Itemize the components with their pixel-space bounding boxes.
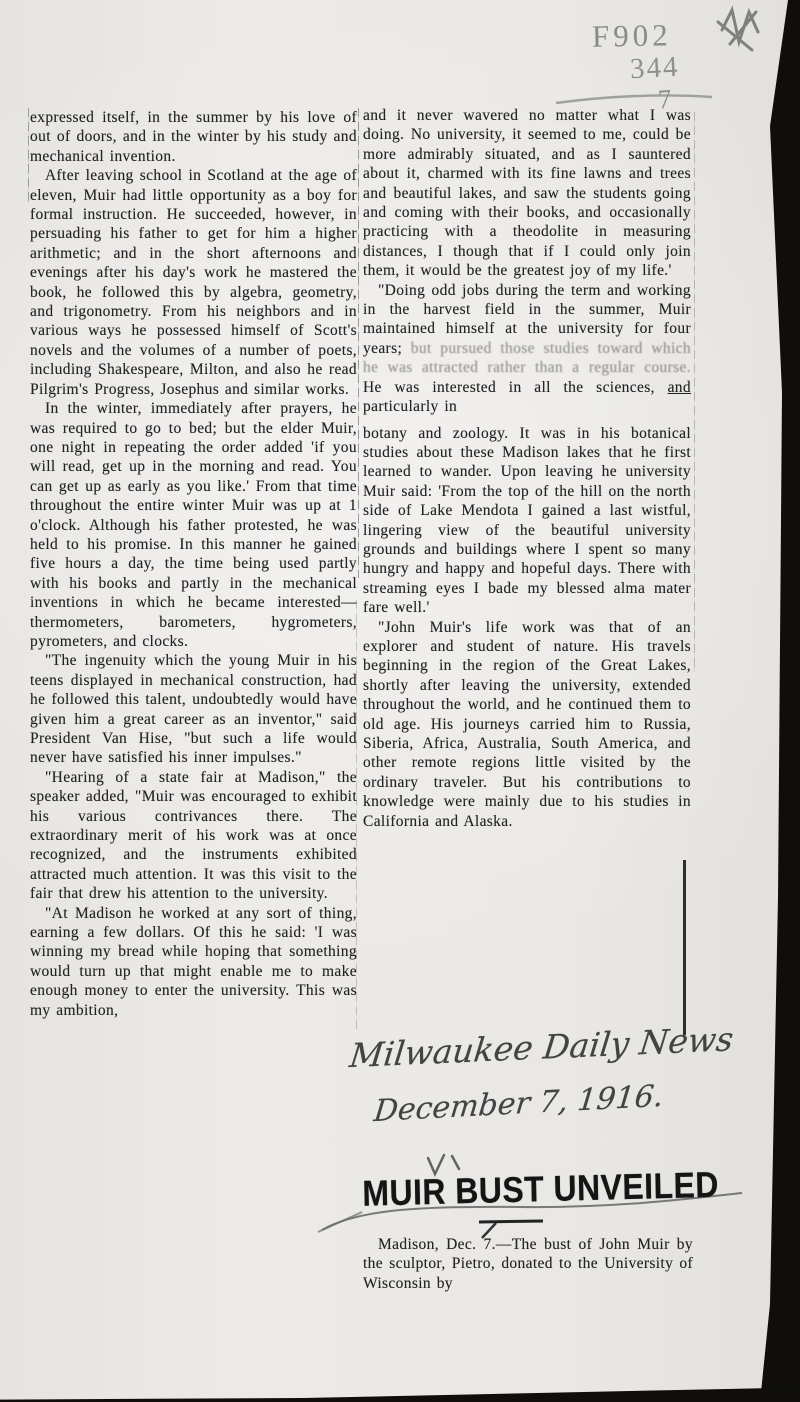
check-scribble-icon bbox=[718, 10, 758, 50]
handwritten-source-date: December 7, 1916. bbox=[372, 1079, 665, 1129]
column-divider-rule bbox=[358, 108, 359, 578]
right-edge-rule bbox=[694, 112, 695, 672]
paragraph: expressed itself, in the summer by his l… bbox=[30, 108, 357, 166]
catalog-code: F902 bbox=[592, 17, 672, 54]
paragraph: After leaving school in Scotland at the … bbox=[30, 166, 357, 399]
paragraph: "John Muir's life work was that of an ex… bbox=[363, 618, 691, 831]
pencil-slash-stroke bbox=[318, 1212, 362, 1232]
second-article-headline: MUIR BUST UNVEILED bbox=[362, 1165, 719, 1215]
article-left-column: expressed itself, in the summer by his l… bbox=[30, 108, 357, 1020]
catalog-underline-stroke bbox=[556, 95, 712, 103]
second-article-body: Madison, Dec. 7.—The bust of John Muir b… bbox=[363, 1235, 693, 1293]
paragraph: "The ingenuity which the young Muir in h… bbox=[30, 651, 357, 767]
paragraph: In the winter, immediately after prayers… bbox=[30, 399, 357, 651]
right-edge-rule-dark bbox=[683, 860, 686, 1035]
paragraph: "At Madison he worked at any sort of thi… bbox=[30, 904, 357, 1020]
handwritten-source-title: Milwaukee Daily News bbox=[348, 1019, 736, 1075]
scan-edge-bottom bbox=[0, 1382, 800, 1402]
left-edge-rule bbox=[28, 108, 29, 203]
headline-rule bbox=[479, 1219, 543, 1223]
article-right-column: and it never wavered no matter what I wa… bbox=[363, 106, 691, 831]
paragraph: Madison, Dec. 7.—The bust of John Muir b… bbox=[363, 1235, 693, 1293]
scan-edge-right bbox=[760, 0, 800, 1402]
paragraph: and it never wavered no matter what I wa… bbox=[363, 106, 691, 281]
paragraph: "Hearing of a state fair at Madison," th… bbox=[30, 768, 357, 904]
newspaper-clipping-scan: F902 344 7 expressed itself, in the summ… bbox=[0, 0, 800, 1402]
paragraph: botany and zoology. It was in his botani… bbox=[363, 424, 691, 618]
catalog-number: 344 bbox=[629, 51, 680, 87]
paragraph: "Doing odd jobs during the term and work… bbox=[363, 281, 691, 417]
